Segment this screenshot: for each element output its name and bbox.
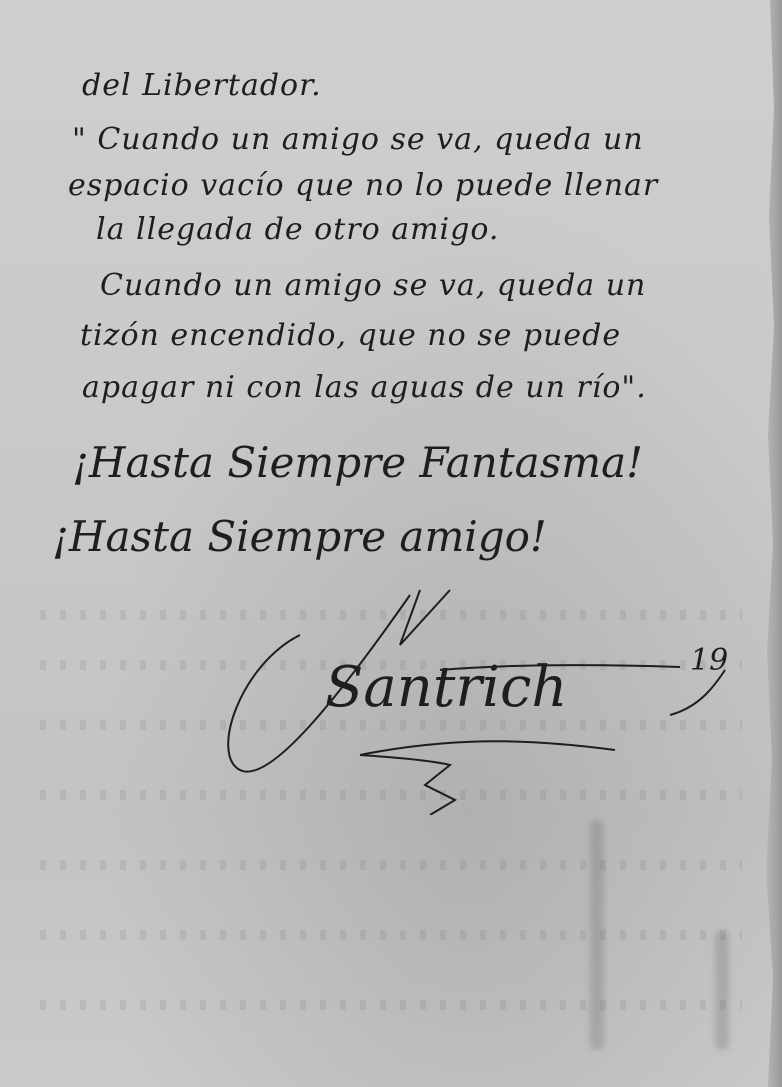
text-line-7: apagar ni con las aguas de un río".	[82, 370, 647, 405]
bleed-through-texture	[40, 860, 742, 870]
stain-streak	[590, 820, 604, 1050]
signature-name: Santrich	[325, 655, 567, 720]
bleed-through-texture	[40, 1000, 742, 1010]
letter-page: del Libertador. " Cuando un amigo se va,…	[0, 0, 782, 1087]
bleed-through-texture	[40, 930, 742, 940]
text-line-2: " Cuando un amigo se va, queda un	[72, 122, 644, 157]
text-line-5: Cuando un amigo se va, queda un	[100, 268, 646, 303]
closing-line-2: ¡Hasta Siempre amigo!	[52, 512, 547, 561]
closing-line-1: ¡Hasta Siempre Fantasma!	[72, 438, 643, 487]
signature: Santrich 19	[220, 585, 740, 815]
stain-streak	[715, 930, 729, 1050]
torn-paper-edge	[762, 0, 782, 1087]
text-line-6: tizón encendido, que no se puede	[80, 318, 621, 353]
signature-number: 19	[690, 643, 728, 678]
text-line-4: la llegada de otro amigo.	[96, 212, 499, 247]
text-line-1: del Libertador.	[82, 68, 322, 103]
text-line-3: espacio vacío que no lo puede llenar	[68, 168, 658, 203]
